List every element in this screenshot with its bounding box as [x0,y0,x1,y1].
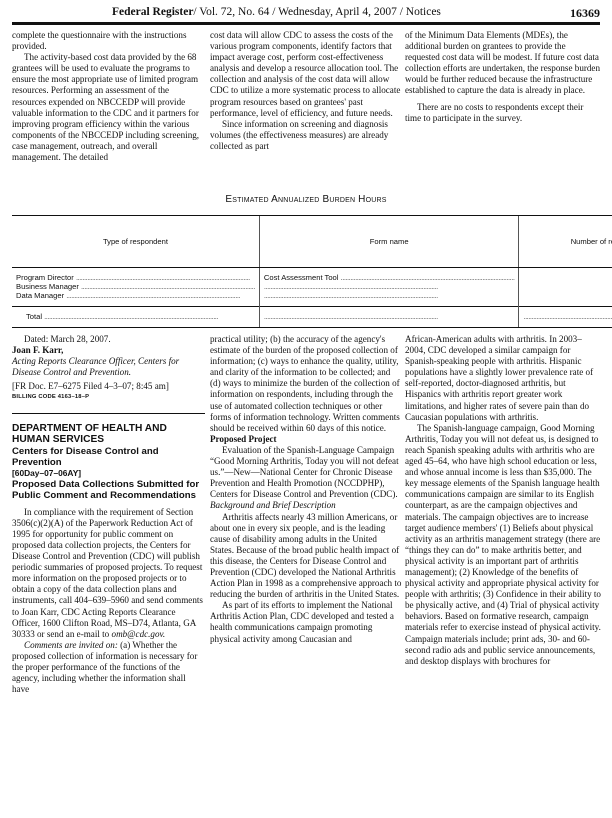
bottom-column-1: Dated: March 28, 2007. Joan F. Karr, Act… [12,334,205,695]
paragraph: There are no costs to respondents except… [405,102,601,124]
paragraph: cost data will allow CDC to assess the c… [210,30,402,119]
paragraph: Comments are invited on: (a) Whether the… [12,640,205,695]
background-heading: Background and Brief Description [210,500,402,511]
paragraph: Arthritis affects nearly 43 million Amer… [210,512,402,601]
table-total-row: Total ..................................… [12,307,612,328]
cell-empty: ........................................… [259,307,519,328]
dated-line: Dated: March 28, 2007. [12,334,205,345]
email-link[interactable]: omb@cdc.gov. [112,629,166,639]
cell-form: ........................................… [259,283,519,292]
fr-doc-line: [FR Doc. E7–6275 Filed 4–3–07; 8:45 am] [12,381,205,392]
billing-code: BILLING CODE 4163–18–P [12,392,205,403]
column-header: Type of respondent [12,216,259,268]
docket-number: [60Day–07–06AY] [12,468,205,479]
top-column-2: cost data will allow CDC to assess the c… [210,30,402,152]
signer-name: Joan F. Karr, [12,345,205,356]
cell-form: Cost Assessment Tool ...................… [259,268,519,283]
table-row: Data Manager ...........................… [12,292,612,307]
burden-hours-table: Type of respondent Form name Number of r… [12,215,612,328]
bottom-column-3: African-American adults with arthritis. … [405,334,601,667]
paragraph: of the Minimum Data Elements (MDEs), the… [405,30,601,97]
top-column-3: of the Minimum Data Elements (MDEs), the… [405,30,601,124]
paragraph: practical utility; (b) the accuracy of t… [210,334,402,434]
cell-respondent: Data Manager ...........................… [12,292,259,307]
cell-empty: ........................................… [519,307,612,328]
paragraph: The activity-based cost data provided by… [12,52,205,163]
section-divider [12,413,205,414]
agency-heading: Centers for Disease Control and Preventi… [12,446,205,468]
column-header: Form name [259,216,519,268]
paragraph: African-American adults with arthritis. … [405,334,601,423]
table-row: Business Manager .......................… [12,283,612,292]
proposed-project-heading: Proposed Project [210,434,402,445]
paragraph: The Spanish-language campaign, Good Morn… [405,423,601,667]
header-rule [12,22,600,25]
table-title: Estimated Annualized Burden Hours [0,194,612,205]
subject-heading: Proposed Data Collections Submitted for … [12,479,205,501]
cell-num-respondents: 68 [519,292,612,307]
issue-info: / Vol. 72, No. 64 / Wednesday, April 4, … [193,6,441,18]
page-number: 16369 [570,6,600,21]
publication-name: Federal Register [112,6,193,18]
cell-num-respondents: 68 [519,283,612,292]
cell-form: ........................................… [259,292,519,307]
cell-respondent: Business Manager .......................… [12,283,259,292]
table-row: Program Director .......................… [12,268,612,283]
cell-respondent: Program Director .......................… [12,268,259,283]
cell-total-label: Total ..................................… [12,307,259,328]
cell-num-respondents: 68 [519,268,612,283]
paragraph: complete the questionnaire with the inst… [12,30,205,52]
table-header-row: Type of respondent Form name Number of r… [12,216,612,268]
bottom-column-2: practical utility; (b) the accuracy of t… [210,334,402,645]
column-header: Number of respondents [519,216,612,268]
signer-title: Acting Reports Clearance Officer, Center… [12,356,205,378]
paragraph: Evaluation of the Spanish-Language Campa… [210,445,402,500]
department-heading: DEPARTMENT OF HEALTH AND HUMAN SERVICES [12,423,205,446]
paragraph: In compliance with the requirement of Se… [12,507,205,640]
page-header: Federal Register/ Vol. 72, No. 64 / Wedn… [12,3,600,21]
top-column-1: complete the questionnaire with the inst… [12,30,205,163]
paragraph: As part of its efforts to implement the … [210,600,402,644]
running-head: Federal Register/ Vol. 72, No. 64 / Wedn… [112,6,441,18]
paragraph: Since information on screening and diagn… [210,119,402,152]
